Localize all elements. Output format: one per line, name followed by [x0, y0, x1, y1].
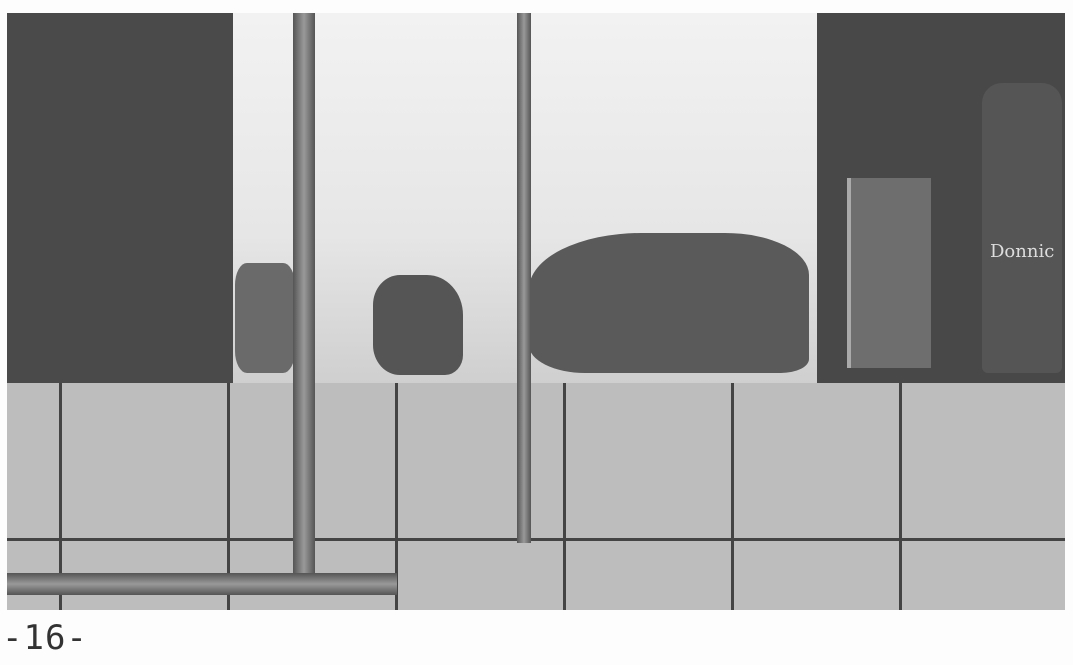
peeled-patch: [373, 275, 463, 375]
bottle: [847, 178, 931, 368]
bottle-label: Donnic: [990, 241, 1054, 262]
vertical-pipe: [517, 13, 531, 543]
peeled-patch: [235, 263, 295, 373]
page-number: -16-: [2, 618, 88, 658]
photograph: Donnic: [7, 13, 1065, 610]
peeled-patch: [529, 233, 809, 373]
horizontal-pipe: [7, 573, 397, 595]
vertical-pipe: [293, 13, 315, 573]
bottle: [982, 83, 1062, 373]
left-dark-panel: [7, 13, 233, 383]
